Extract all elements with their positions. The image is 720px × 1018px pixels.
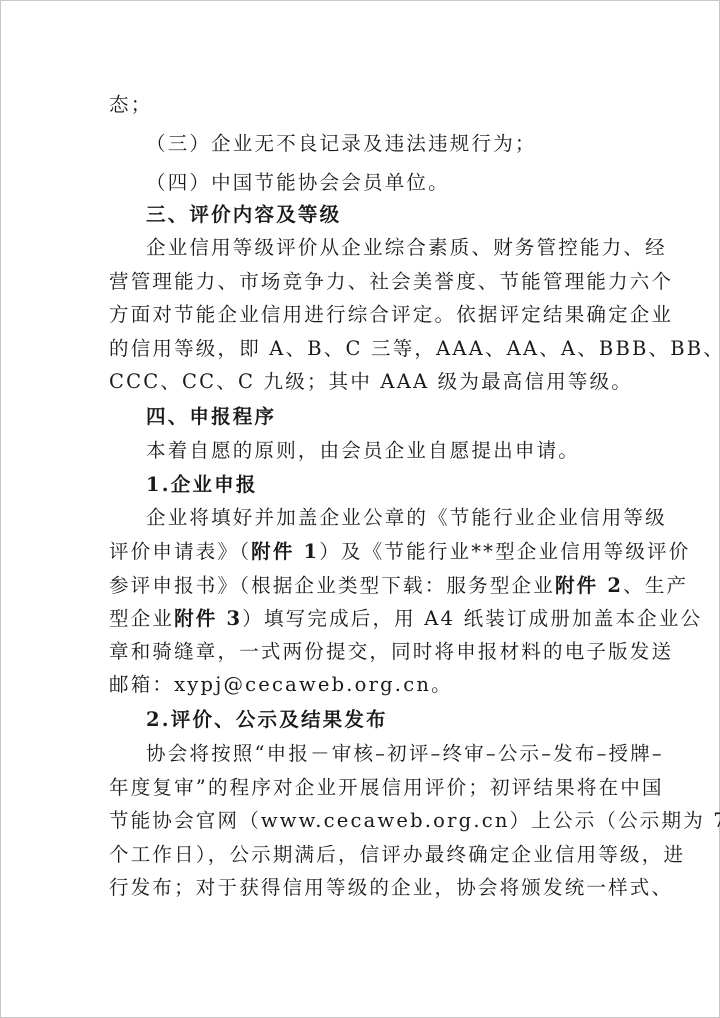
- paragraph-line: 评价申请表》（附件 1）及《节能行业**型企业信用等级评价: [109, 538, 690, 566]
- paragraph-line: 年度复审”的程序对企业开展信用评价；初评结果将在中国: [109, 774, 664, 802]
- text-segment: 型企业: [109, 607, 174, 630]
- section-heading-evaluation: 三、评价内容及等级: [146, 201, 341, 229]
- text-segment: 、生产: [623, 574, 688, 597]
- requirement-item-3: （三）企业无不良记录及违法违规行为；: [146, 130, 537, 158]
- subsection-heading-evaluation-publication: 2.评价、公示及结果发布: [146, 706, 388, 734]
- paragraph-continuation: 态；: [109, 91, 152, 119]
- requirement-item-4: （四）中国节能协会会员单位。: [146, 169, 450, 197]
- paragraph-line: 章和骑缝章，一式两份提交，同时将申报材料的电子版发送: [109, 638, 673, 666]
- paragraph-line: 企业信用等级评价从企业综合素质、财务管控能力、经: [146, 234, 667, 262]
- text-segment: 评价申请表》（: [109, 540, 251, 563]
- text-segment: 参评申报书》（根据企业类型下载：服务型企业: [109, 574, 555, 597]
- paragraph-line: 本着自愿的原则，由会员企业自愿提出申请。: [146, 437, 580, 465]
- attachment-reference-3: 附件 3: [174, 607, 242, 630]
- paragraph-line: 协会将按照“申报－审核–初评–终审–公示–发布–授牌–: [146, 740, 664, 768]
- attachment-reference-2: 附件 2: [555, 574, 623, 597]
- text-segment: ）填写完成后，用 A4 纸装订成册加盖本企业公: [242, 607, 702, 630]
- paragraph-line: 企业将填好并加盖企业公章的《节能行业企业信用等级: [146, 504, 667, 532]
- paragraph-line: 型企业附件 3）填写完成后，用 A4 纸装订成册加盖本企业公: [109, 605, 702, 633]
- paragraph-line: 参评申报书》（根据企业类型下载：服务型企业附件 2、生产: [109, 572, 688, 600]
- website-line: 节能协会官网（www.cecaweb.org.cn）上公示（公示期为 7: [109, 807, 720, 835]
- attachment-reference-1: 附件 1: [251, 540, 319, 563]
- text-segment: ）及《节能行业**型企业信用等级评价: [319, 540, 690, 563]
- paragraph-line: 行发布；对于获得信用等级的企业，协会将颁发统一样式、: [109, 874, 673, 902]
- email-line: 邮箱：xypj@cecaweb.org.cn。: [109, 671, 453, 699]
- section-heading-application: 四、申报程序: [146, 403, 276, 431]
- paragraph-line: 的信用等级，即 A、B、C 三等，AAA、AA、A、BBB、BB、B、: [109, 335, 720, 363]
- paragraph-line: 营管理能力、市场竞争力、社会美誉度、节能管理能力六个: [109, 268, 673, 296]
- paragraph-line: 个工作日），公示期满后，信评办最终确定企业信用等级，进: [109, 841, 685, 869]
- document-page: 态； （三）企业无不良记录及违法违规行为； （四）中国节能协会会员单位。 三、评…: [0, 0, 720, 1018]
- subsection-heading-enterprise-application: 1.企业申报: [146, 471, 258, 499]
- paragraph-line: CCC、CC、C 九级；其中 AAA 级为最高信用等级。: [109, 368, 633, 396]
- paragraph-line: 方面对节能企业信用进行综合评定。依据评定结果确定企业: [109, 301, 673, 329]
